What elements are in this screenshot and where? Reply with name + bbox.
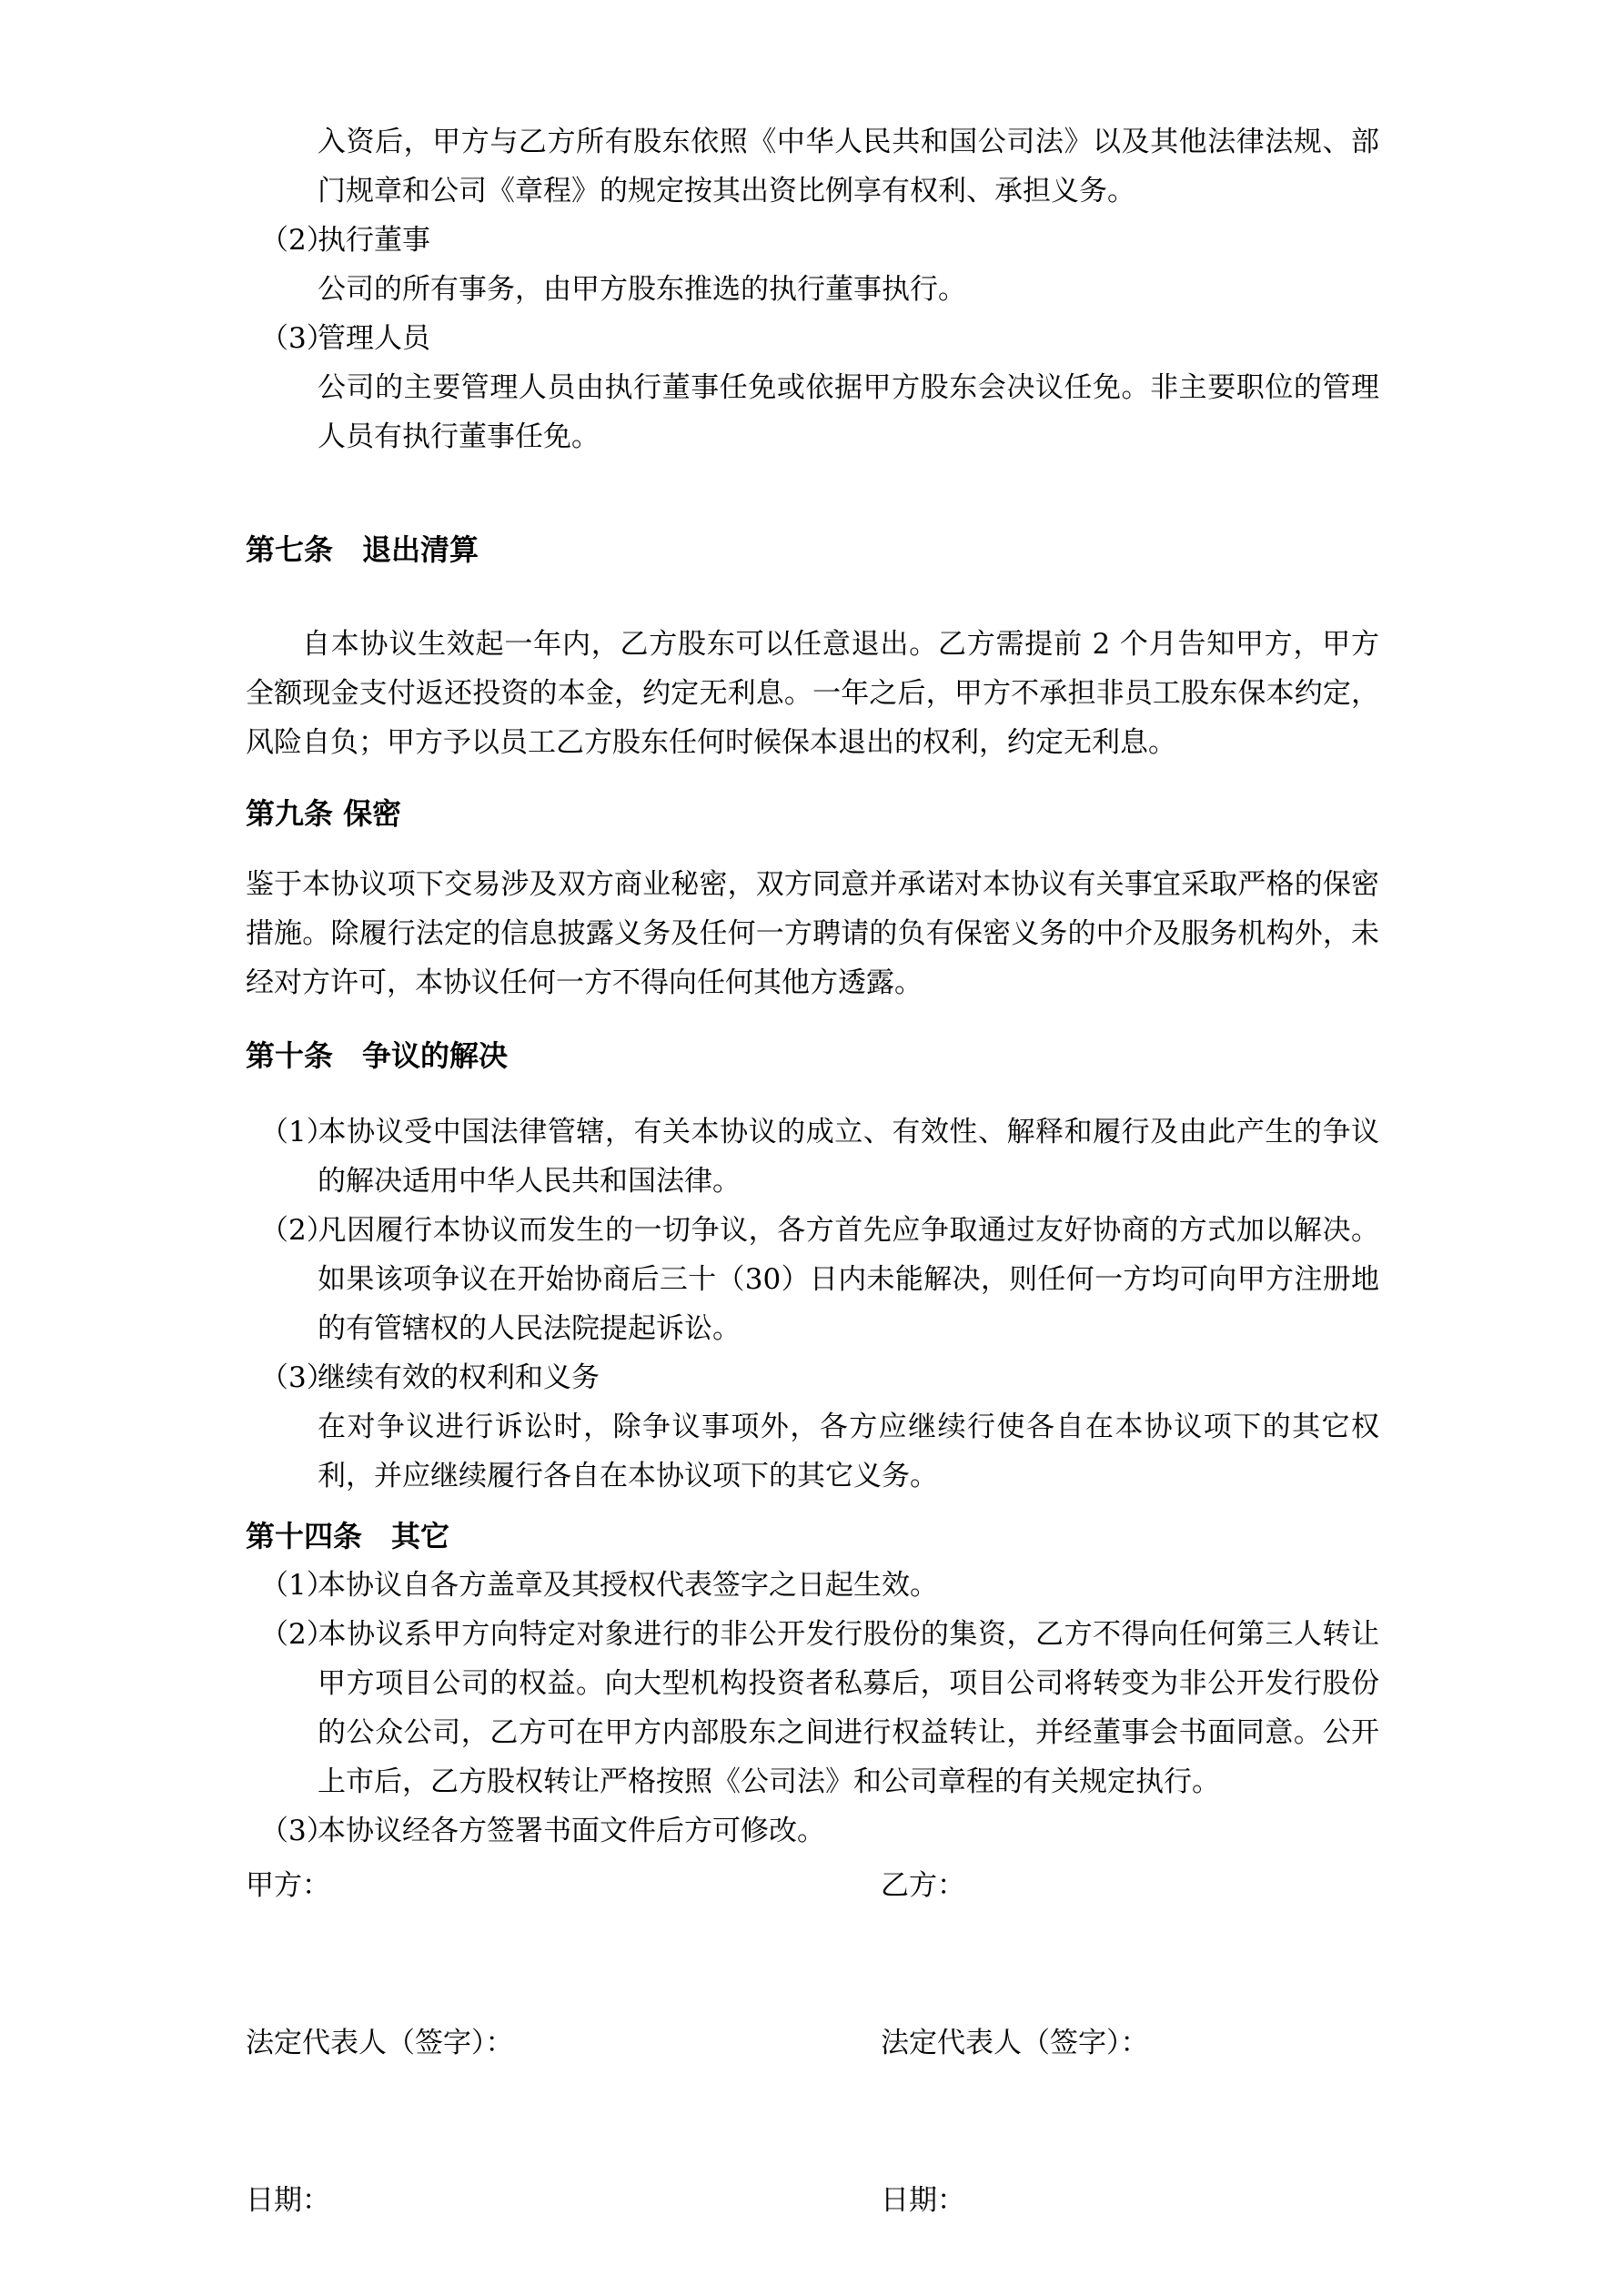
clause-item-2: （2）本协议系甲方向特定对象进行的非公开发行股份的集资，乙方不得向任何第三人转让…	[246, 1610, 1379, 1806]
signature-row-representative: 法定代表人（签字）： 法定代表人（签字）：	[246, 2018, 1379, 2068]
clause-text: 执行董事	[318, 224, 430, 257]
signature-row-date: 日期： 日期：	[246, 2176, 1379, 2225]
clause-item-3: （3）继续有效的权利和义务	[246, 1353, 1379, 1402]
clause-item-1: （1）本协议自各方盖章及其授权代表签字之日起生效。	[246, 1561, 1379, 1610]
clause-item-3: （3）管理人员	[246, 314, 1379, 363]
intro-clause-list: 入资后，甲方与乙方所有股东依照《中华人民共和国公司法》以及其他法律法规、部门规章…	[246, 117, 1379, 461]
contract-page: 入资后，甲方与乙方所有股东依照《中华人民共和国公司法》以及其他法律法规、部门规章…	[0, 0, 1624, 2296]
date-b-label: 日期：	[881, 2176, 1379, 2225]
section-10-heading: 第十条 争议的解决	[246, 1031, 1379, 1080]
clause-continuation: 公司的所有事务，由甲方股东推选的执行董事执行。	[246, 265, 1379, 314]
clause-item-3: （3）本协议经各方签署书面文件后方可修改。	[246, 1806, 1379, 1856]
clause-text: 本协议经各方签署书面文件后方可修改。	[318, 1815, 825, 1847]
clause-text: 公司的所有事务，由甲方股东推选的执行董事执行。	[318, 273, 966, 306]
clause-number: （1）	[260, 1108, 318, 1157]
section-10-clause-list: （1）本协议受中国法律管辖，有关本协议的成立、有效性、解释和履行及由此产生的争议…	[246, 1108, 1379, 1501]
party-a-label: 甲方：	[246, 1861, 881, 1910]
clause-text: 在对争议进行诉讼时，除争议事项外，各方应继续行使各自在本协议项下的其它权利，并应…	[318, 1411, 1379, 1492]
clause-number: （3）	[260, 1806, 318, 1856]
clause-text: 管理人员	[318, 322, 430, 355]
clause-text: 公司的主要管理人员由执行董事任免或依据甲方股东会决议任免。非主要职位的管理人员有…	[318, 371, 1379, 453]
clause-number: （2）	[260, 1206, 318, 1255]
clause-continuation: 公司的主要管理人员由执行董事任免或依据甲方股东会决议任免。非主要职位的管理人员有…	[246, 363, 1379, 461]
signature-row-party: 甲方： 乙方：	[246, 1861, 1379, 1910]
rep-a-label: 法定代表人（签字）：	[246, 2018, 881, 2068]
rep-b-label: 法定代表人（签字）：	[881, 2018, 1379, 2068]
clause-number: （3）	[260, 314, 318, 363]
section-9-paragraph: 鉴于本协议项下交易涉及双方商业秘密，双方同意并承诺对本协议有关事宜采取严格的保密…	[246, 860, 1379, 1007]
clause-item-2: （2）凡因履行本协议而发生的一切争议，各方首先应争取通过友好协商的方式加以解决。…	[246, 1206, 1379, 1353]
party-b-label: 乙方：	[881, 1861, 1379, 1910]
clause-number: （1）	[260, 1561, 318, 1610]
clause-number: （2）	[260, 1610, 318, 1659]
section-14-clause-list: （1）本协议自各方盖章及其授权代表签字之日起生效。 （2）本协议系甲方向特定对象…	[246, 1561, 1379, 1856]
clause-number: （2）	[260, 216, 318, 265]
clause-item-2: （2）执行董事	[246, 216, 1379, 265]
clause-item-1: （1）本协议受中国法律管辖，有关本协议的成立、有效性、解释和履行及由此产生的争议…	[246, 1108, 1379, 1206]
section-7-heading: 第七条 退出清算	[246, 525, 1379, 574]
clause-number: （3）	[260, 1353, 318, 1402]
clause-text: 本协议自各方盖章及其授权代表签字之日起生效。	[318, 1569, 938, 1602]
clause-continuation: 在对争议进行诉讼时，除争议事项外，各方应继续行使各自在本协议项下的其它权利，并应…	[246, 1402, 1379, 1501]
clause-continuation: 入资后，甲方与乙方所有股东依照《中华人民共和国公司法》以及其他法律法规、部门规章…	[246, 117, 1379, 216]
clause-text: 本协议受中国法律管辖，有关本协议的成立、有效性、解释和履行及由此产生的争议的解决…	[318, 1116, 1379, 1198]
date-a-label: 日期：	[246, 2176, 881, 2225]
clause-text: 本协议系甲方向特定对象进行的非公开发行股份的集资，乙方不得向任何第三人转让甲方项…	[318, 1618, 1379, 1798]
section-7-paragraph: 自本协议生效起一年内，乙方股东可以任意退出。乙方需提前 2 个月告知甲方，甲方全…	[246, 620, 1379, 767]
section-14-heading: 第十四条 其它	[246, 1512, 1379, 1561]
clause-text: 凡因履行本协议而发生的一切争议，各方首先应争取通过友好协商的方式加以解决。如果该…	[318, 1214, 1379, 1345]
signature-block: 甲方： 乙方： 法定代表人（签字）： 法定代表人（签字）： 日期： 日期：	[246, 1861, 1379, 2225]
clause-text: 继续有效的权利和义务	[318, 1361, 600, 1394]
clause-text: 入资后，甲方与乙方所有股东依照《中华人民共和国公司法》以及其他法律法规、部门规章…	[318, 126, 1379, 207]
section-9-heading: 第九条 保密	[246, 789, 1379, 838]
